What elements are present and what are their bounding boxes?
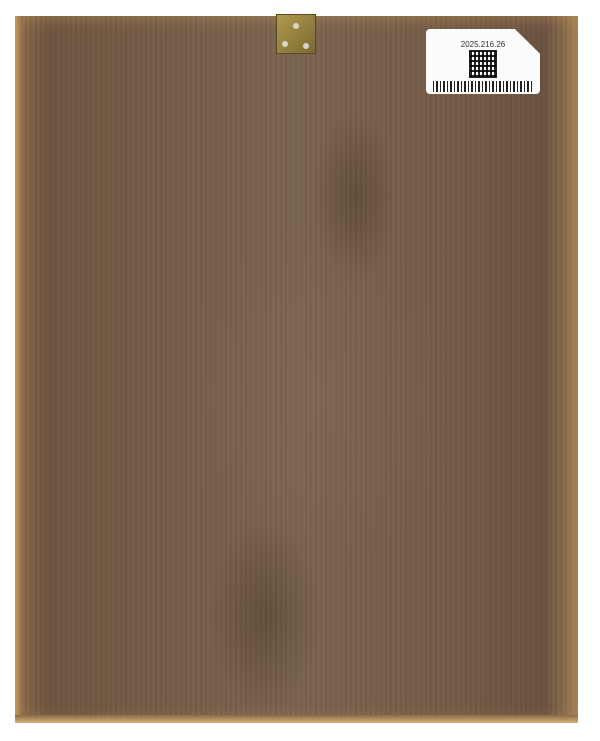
panel-left-edge bbox=[15, 16, 23, 723]
brass-hanger-plate bbox=[276, 14, 316, 54]
screw-icon bbox=[293, 23, 299, 29]
screw-icon bbox=[282, 41, 288, 47]
inventory-label: 2025.216.26 bbox=[426, 29, 540, 94]
panel-bottom-edge bbox=[15, 715, 578, 723]
wooden-panel-back bbox=[15, 16, 578, 723]
qr-code-icon bbox=[470, 51, 496, 77]
barcode-icon bbox=[433, 81, 533, 92]
inventory-number: 2025.216.26 bbox=[426, 40, 540, 49]
screw-icon bbox=[303, 43, 309, 49]
